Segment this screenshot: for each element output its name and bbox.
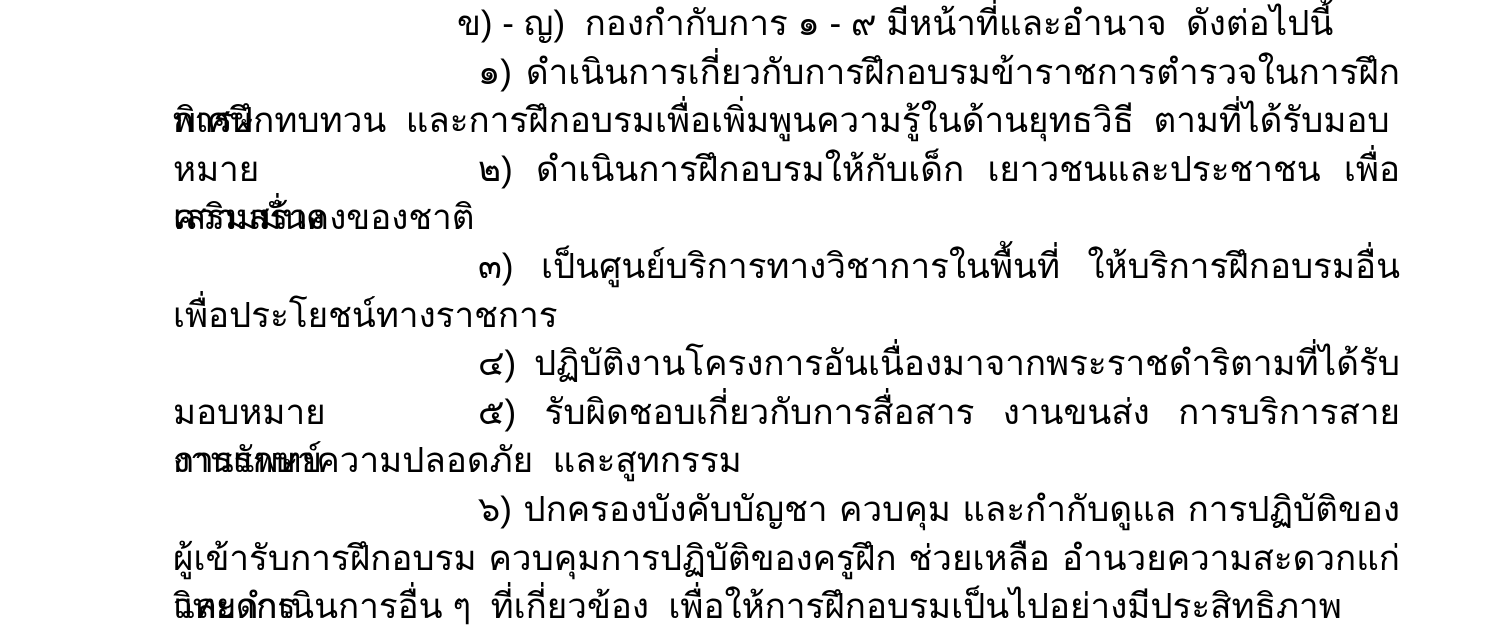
item-3-line-1: ๓) เป็นศูนย์บริการทางวิชาการในพื้นที่ ให… (173, 243, 1400, 292)
item-2-line-2: ความมั่นคงของชาติ (173, 194, 1400, 243)
item-1-line-2: การฝึกทบทวน และการฝึกอบรมเพื่อเพิ่มพูนคว… (173, 97, 1400, 146)
item-2-line-1: ๒) ดำเนินการฝึกอบรมให้กับเด็ก เยาวชนและป… (173, 146, 1400, 195)
item-6-line-3: และดำเนินการอื่น ๆ ที่เกี่ยวข้อง เพื่อให… (173, 583, 1400, 632)
document-page: ข) - ญ) กองกำกับการ ๑ - ๙ มีหน้าที่และอำ… (0, 0, 1502, 632)
item-3-line-2: เพื่อประโยชน์ทางราชการ (173, 292, 1400, 341)
item-6-line-1: ๖) ปกครองบังคับบัญชา ควบคุม และกำกับดูแล… (173, 486, 1400, 535)
heading-line: ข) - ญ) กองกำกับการ ๑ - ๙ มีหน้าที่และอำ… (173, 0, 1400, 49)
item-6-line-2: ผู้เข้ารับการฝึกอบรม ควบคุมการปฏิบัติของ… (173, 535, 1400, 584)
item-5-line-2: งานรักษาความปลอดภัย และสูทกรรม (173, 437, 1400, 486)
item-5-line-1: ๕) รับผิดชอบเกี่ยวกับการสื่อสาร งานขนส่ง… (173, 389, 1400, 438)
item-1-line-1: ๑) ดำเนินการเกี่ยวกับการฝึกอบรมข้าราชการ… (173, 49, 1400, 98)
document-text-block: ข) - ญ) กองกำกับการ ๑ - ๙ มีหน้าที่และอำ… (173, 0, 1400, 632)
item-4-line-1: ๔) ปฏิบัติงานโครงการอันเนื่องมาจากพระราช… (173, 340, 1400, 389)
